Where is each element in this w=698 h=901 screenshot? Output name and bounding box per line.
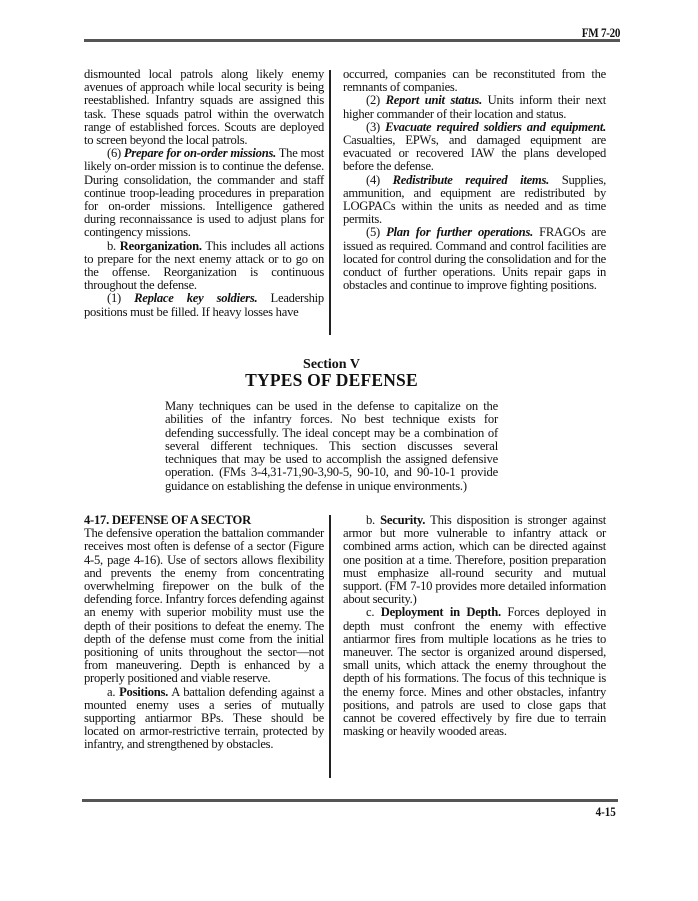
- paragraph-title: Prepare for on-order missions.: [124, 146, 276, 160]
- paragraph-title: Reorganization.: [120, 239, 202, 253]
- top-right-column: occurred, companies can be reconstituted…: [343, 68, 606, 292]
- paragraph-title: Deployment in Depth.: [381, 605, 501, 619]
- page-number: 4-15: [596, 804, 616, 820]
- header-rule: [84, 39, 620, 42]
- paragraph-title: Redistribute required items.: [393, 173, 549, 187]
- paragraph-title: Positions.: [119, 685, 168, 699]
- paragraph: b. Security. This disposition is stronge…: [343, 514, 606, 606]
- top-left-column: dismounted local patrols along likely en…: [84, 68, 324, 319]
- paragraph: a. Positions. A battalion defending agai…: [84, 686, 324, 752]
- paragraph: (1) Replace key soldiers. Leadership pos…: [84, 292, 324, 318]
- paragraph: The defensive operation the battalion co…: [84, 527, 324, 685]
- section-title: TYPES OF DEFENSE: [0, 370, 663, 391]
- bottom-right-column: b. Security. This disposition is stronge…: [343, 514, 606, 738]
- paragraph: (4) Redistribute required items. Supplie…: [343, 174, 606, 227]
- paragraph-title: Security.: [380, 513, 425, 527]
- column-divider: [329, 515, 331, 778]
- paragraph-title: Plan for further operations.: [386, 225, 533, 239]
- paragraph-title: Replace key soldiers.: [134, 291, 257, 305]
- paragraph: (5) Plan for further operations. FRAGOs …: [343, 226, 606, 292]
- paragraph: occurred, companies can be reconstituted…: [343, 68, 606, 94]
- paragraph: (3) Evacuate required soldiers and equip…: [343, 121, 606, 174]
- column-divider: [329, 70, 331, 335]
- footer-rule: [82, 799, 618, 802]
- paragraph: (2) Report unit status. Units inform the…: [343, 94, 606, 120]
- paragraph: (6) Prepare for on-order missions. The m…: [84, 147, 324, 239]
- paragraph-title: Report unit status.: [386, 93, 482, 107]
- paragraph: b. Reorganization. This includes all act…: [84, 240, 324, 293]
- paragraph-title: Evacuate required soldiers and equipment…: [385, 120, 606, 134]
- paragraph: dismounted local patrols along likely en…: [84, 68, 324, 147]
- paragraph: c. Deployment in Depth. Forces deployed …: [343, 606, 606, 738]
- bottom-left-column: 4-17. DEFENSE OF A SECTOR The defensive …: [84, 514, 324, 752]
- section-intro: Many techniques can be used in the defen…: [165, 400, 498, 493]
